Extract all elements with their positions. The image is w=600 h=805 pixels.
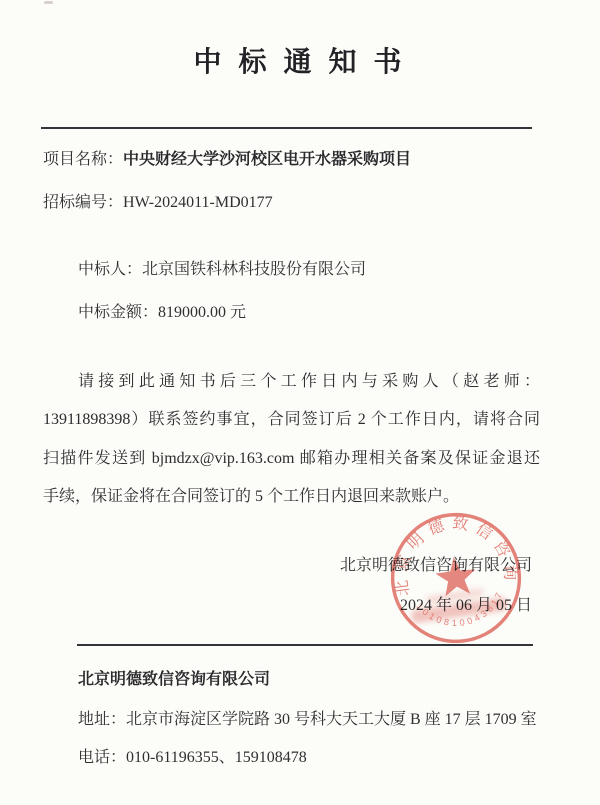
award-amount-label: 中标金额：: [78, 304, 158, 321]
winner-row: 中标人：北京国铁科林科技股份有限公司: [78, 259, 366, 281]
project-name-row: 项目名称：中央财经大学沙河校区电开水器采购项目: [43, 149, 411, 171]
body-line: 扫描件发送到 bjmdzx@vip.163.com 邮箱办理相关备案及保证金退还: [43, 440, 540, 478]
footer-address: 地址：北京市海淀区学院路 30 号科大天工大厦 B 座 17 层 1709 室: [78, 706, 537, 729]
footer-phone: 电话：010-61196355、159108478: [78, 744, 307, 767]
notice-body-paragraph: 请接到此通知书后三个工作日内与采购人（赵老师： 13911898398）联系签约…: [43, 363, 540, 517]
award-amount-row: 中标金额：819000.00 元: [78, 302, 246, 324]
scan-artifact: [44, 1, 53, 4]
seal-ring: [386, 508, 525, 647]
footer-divider-line: [77, 644, 533, 646]
title-divider-line: [41, 127, 532, 129]
body-line: 手续，保证金将在合同签订的 5 个工作日内退回来款账户。: [43, 478, 540, 516]
award-notice-document: 中 标 通 知 书 项目名称：中央财经大学沙河校区电开水器采购项目 招标编号：H…: [0, 0, 600, 805]
tender-number-value: HW-2024011-MD0177: [123, 194, 273, 211]
tender-number-label: 招标编号：: [43, 194, 123, 211]
tender-number-row: 招标编号：HW-2024011-MD0177: [43, 192, 273, 214]
winner-value: 北京国铁科林科技股份有限公司: [142, 261, 366, 278]
body-line: 13911898398）联系签约事宜，合同签订后 2 个工作日内，请将合同: [43, 401, 540, 439]
project-name-label: 项目名称：: [43, 151, 123, 168]
body-line: 请接到此通知书后三个工作日内与采购人（赵老师：: [43, 363, 540, 401]
project-name-value: 中央财经大学沙河校区电开水器采购项目: [123, 151, 411, 168]
footer-company: 北京明德致信咨询有限公司: [78, 666, 270, 689]
winner-label: 中标人：: [78, 261, 142, 278]
page-title: 中 标 通 知 书: [0, 40, 600, 80]
signature-company: 北京明德致信咨询有限公司: [340, 552, 532, 575]
signature-date: 2024 年 06 月 05 日: [400, 592, 532, 615]
award-amount-value: 819000.00 元: [158, 304, 246, 321]
company-seal: 北京明德致信咨询有限公司 1010810043817: [377, 499, 535, 657]
